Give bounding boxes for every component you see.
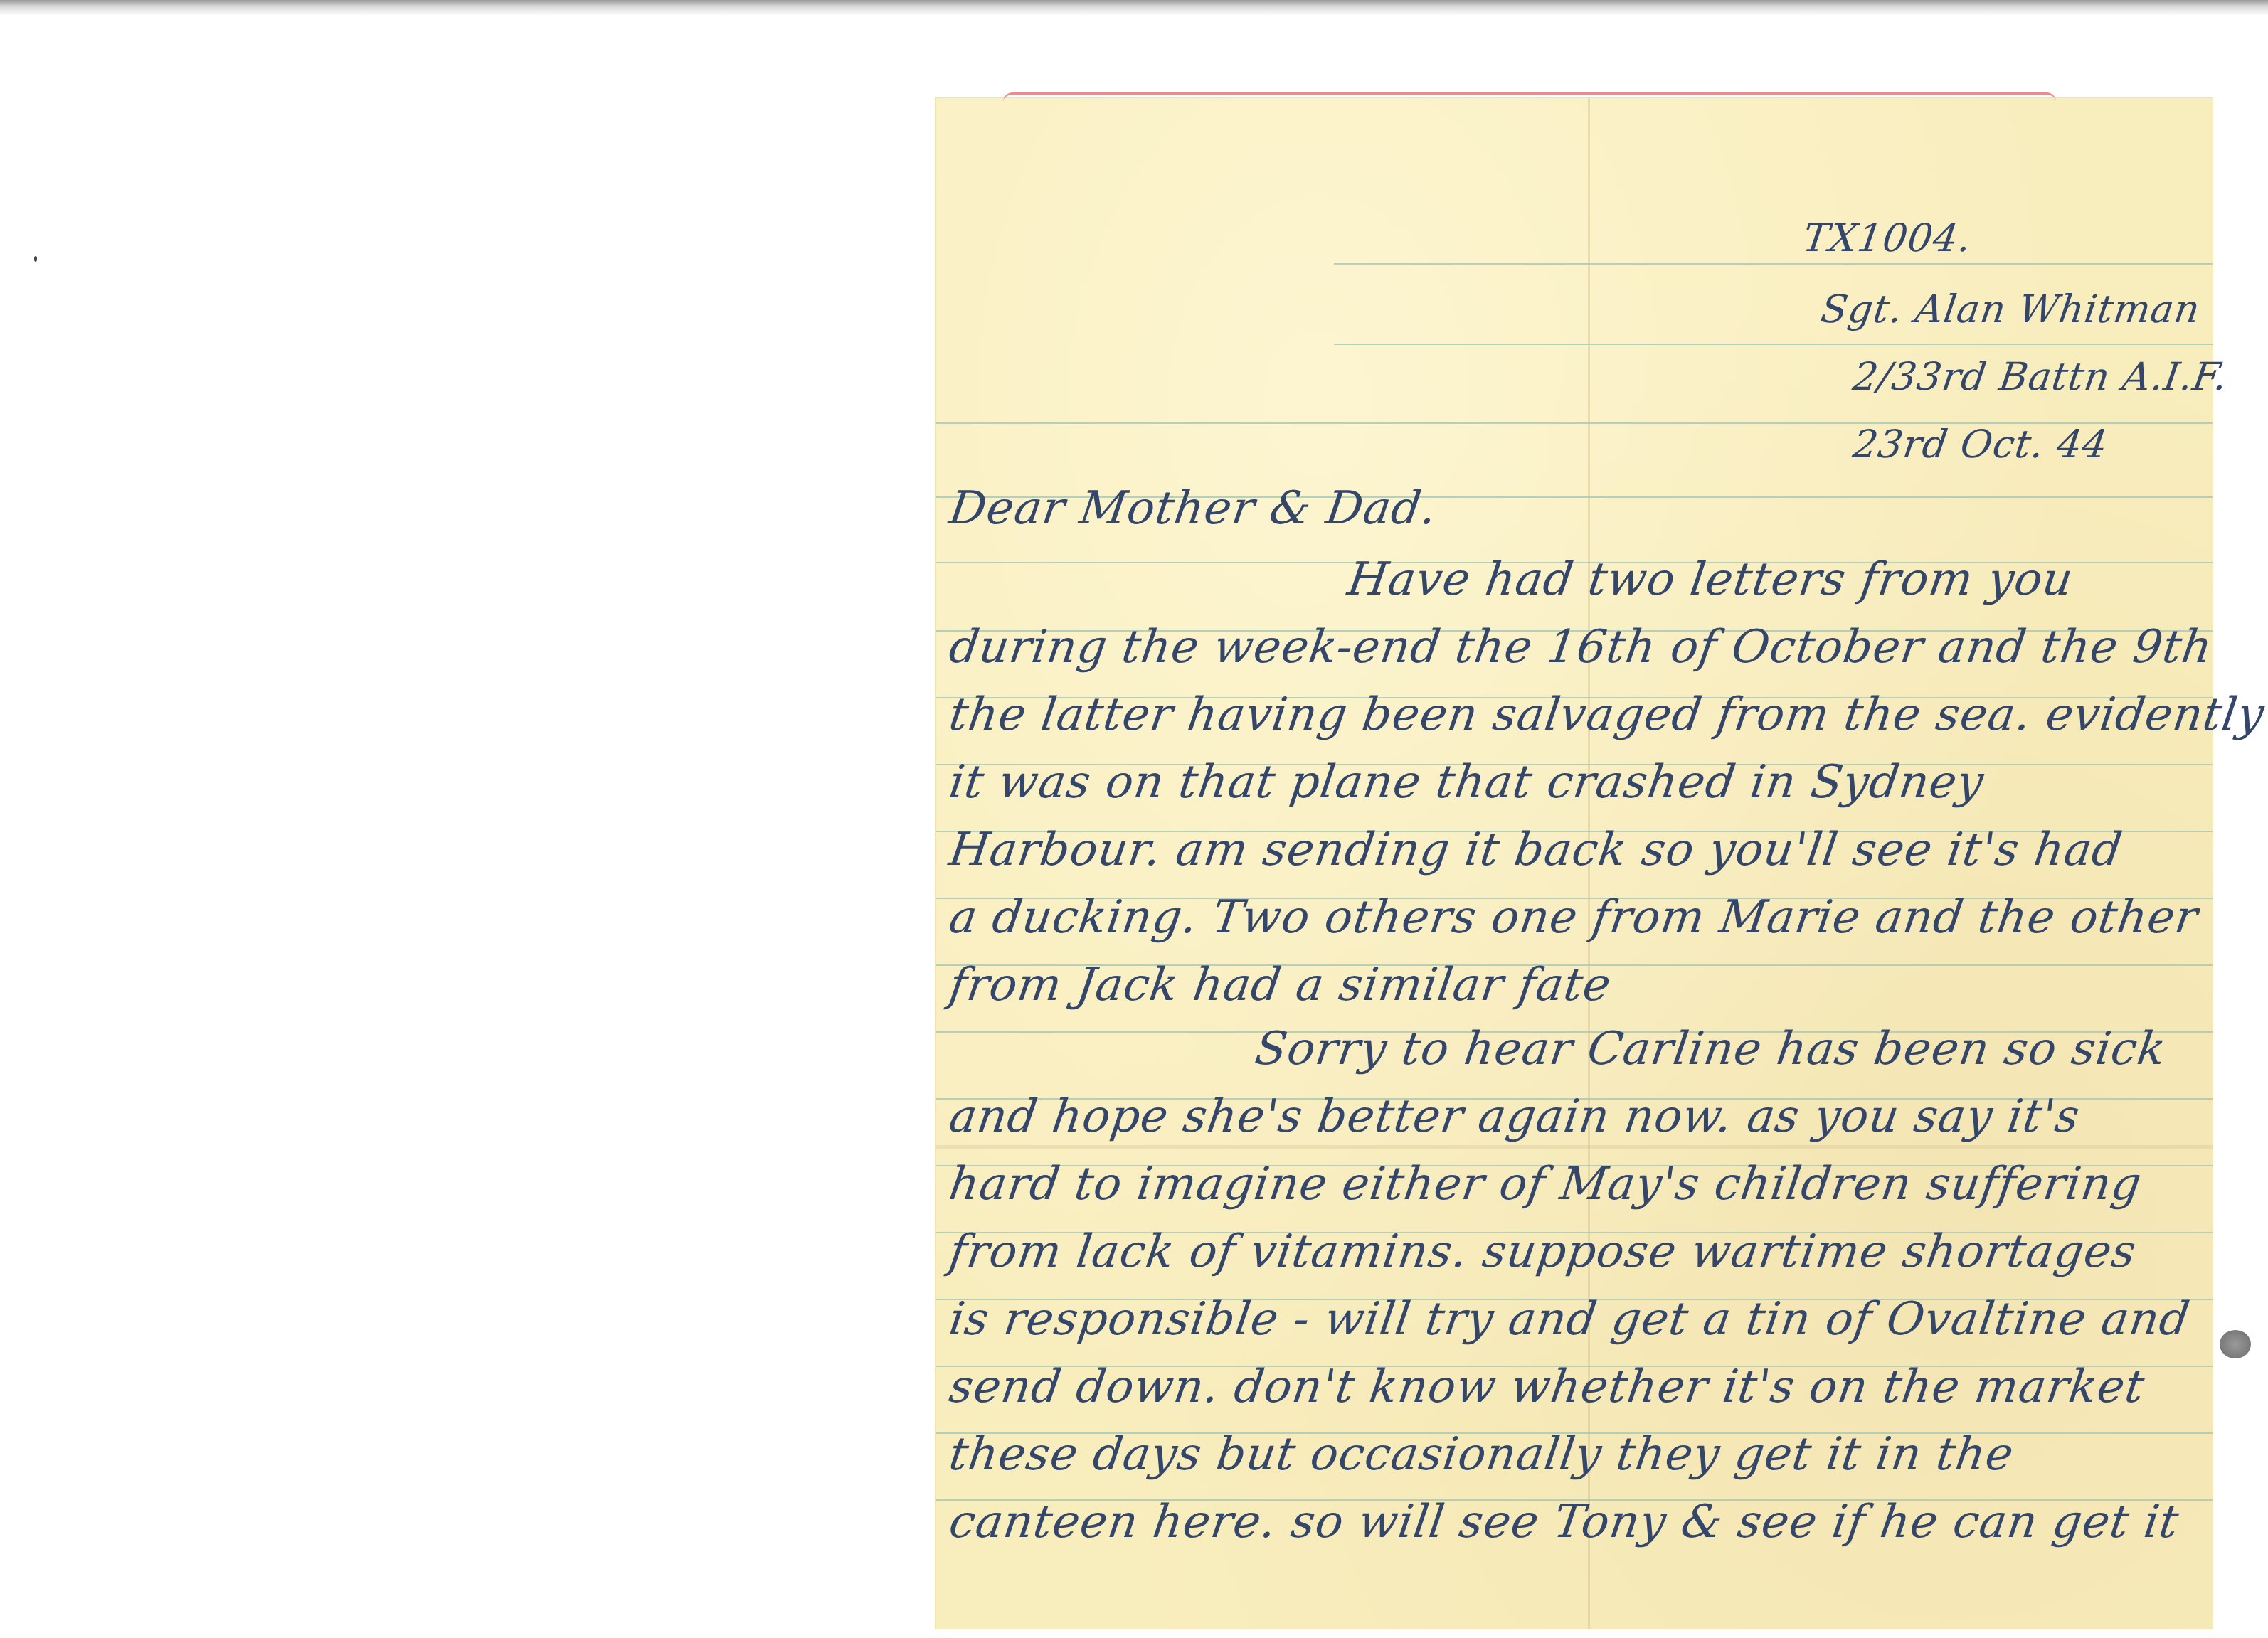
letter-date: 23rd Oct. 44 (1850, 422, 2111, 467)
letter-line: a ducking. Two others one from Marie and… (946, 891, 2202, 944)
letter-line: send down. don't know whether it's on th… (946, 1361, 2148, 1413)
salutation: Dear Mother & Dad. (946, 482, 1441, 535)
rule-line (1334, 263, 2213, 265)
letter-line: from Jack had a similar fate (946, 959, 1615, 1011)
letter-line: is responsible - will try and get a tin … (946, 1293, 2193, 1346)
letter-line: these days but occasionally they get it … (946, 1428, 2018, 1481)
letter-line: canteen here. so will see Tony & see if … (946, 1496, 2183, 1548)
letter-line: Sorry to hear Carline has been so sick (1252, 1023, 2170, 1075)
torn-top-edge (1003, 92, 2056, 102)
dust-speck (34, 256, 37, 262)
service-number: TX1004. (1801, 216, 1975, 260)
letter-line: and hope she's better again now. as you … (946, 1090, 2083, 1143)
horizontal-fold-crease (936, 1145, 2213, 1149)
sender-unit: 2/33rd Battn A.I.F. (1850, 354, 2231, 399)
letter-line: hard to imagine either of May's children… (946, 1158, 2145, 1211)
rule-line (1334, 344, 2213, 345)
letter-line: during the week-end the 16th of October … (946, 621, 2216, 674)
scanner-shadow (0, 0, 2268, 16)
letter-line: it was on that plane that crashed in Syd… (946, 756, 1988, 809)
letter-line: Harbour. am sending it back so you'll se… (946, 824, 2126, 876)
letter-line: from lack of vitamins. suppose wartime s… (946, 1225, 2140, 1278)
punch-hole-debris (2220, 1330, 2251, 1358)
letter-line: Have had two letters from you (1345, 553, 2077, 606)
letter-page: TX1004. Sgt. Alan Whitman 2/33rd Battn A… (936, 98, 2213, 1629)
sender-name: Sgt. Alan Whitman (1818, 287, 2203, 331)
letter-line: the latter having been salvaged from the… (946, 688, 2268, 741)
